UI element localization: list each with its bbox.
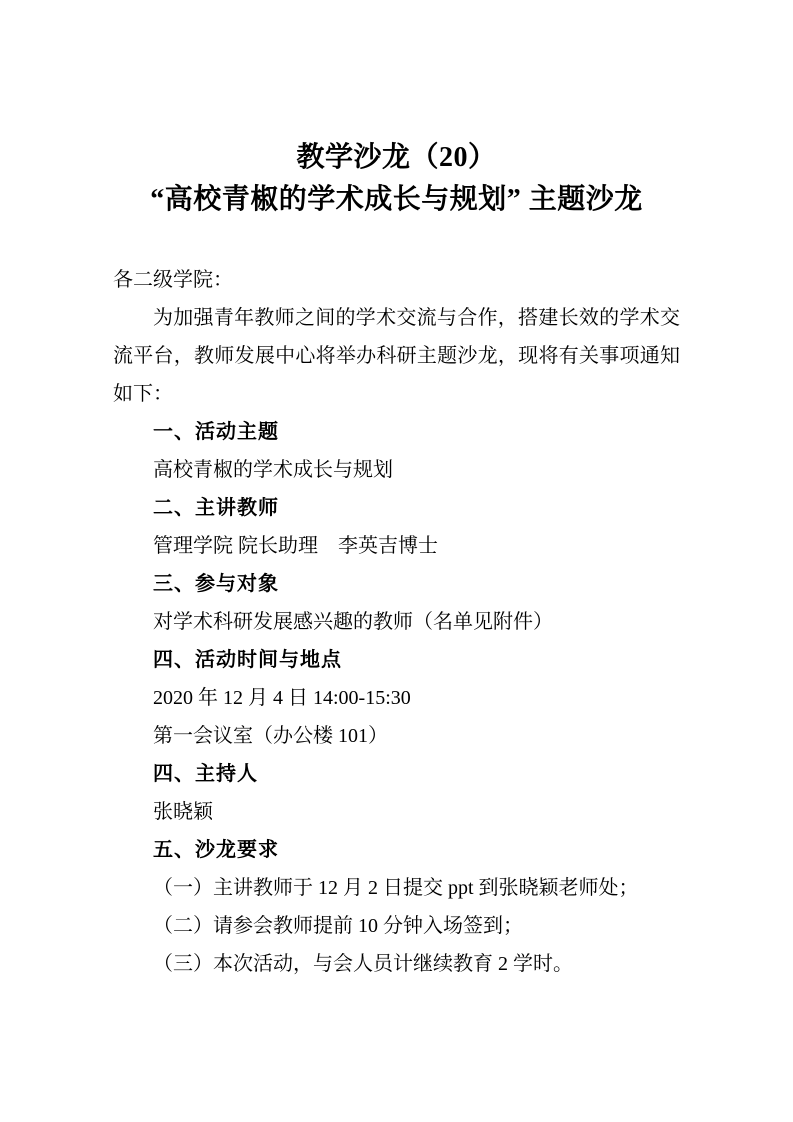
section-heading-activity-theme: 一、活动主题 (153, 413, 680, 451)
salutation: 各二级学院： (113, 261, 680, 299)
requirement-item-1: （一）主讲教师于 12 月 2 日提交 ppt 到张晓颖老师处； (153, 869, 680, 907)
section-text-host: 张晓颖 (153, 793, 680, 831)
section-text-activity-theme: 高校青椒的学术成长与规划 (153, 451, 680, 489)
section-text-location: 第一会议室（办公楼 101） (153, 717, 680, 755)
section-heading-time-place: 四、活动时间与地点 (153, 641, 680, 679)
requirement-item-2: （二）请参会教师提前 10 分钟入场签到； (153, 907, 680, 945)
document-title-block: 教学沙龙（20） “高校青椒的学术成长与规划” 主题沙龙 (113, 137, 680, 221)
section-text-speaker: 管理学院 院长助理 李英吉博士 (153, 527, 680, 565)
document-page: 教学沙龙（20） “高校青椒的学术成长与规划” 主题沙龙 各二级学院： 为加强青… (0, 0, 793, 1122)
document-title: 教学沙龙（20） (113, 137, 680, 179)
section-text-participants: 对学术科研发展感兴趣的教师（名单见附件） (153, 603, 680, 641)
document-subtitle: “高校青椒的学术成长与规划” 主题沙龙 (113, 179, 680, 221)
requirement-item-3: （三）本次活动，与会人员计继续教育 2 学时。 (153, 945, 680, 983)
document-body: 各二级学院： 为加强青年教师之间的学术交流与合作，搭建长效的学术交流平台，教师发… (113, 261, 680, 983)
document-content: 教学沙龙（20） “高校青椒的学术成长与规划” 主题沙龙 各二级学院： 为加强青… (0, 0, 793, 983)
section-text-datetime: 2020 年 12 月 4 日 14:00-15:30 (153, 679, 680, 717)
intro-paragraph: 为加强青年教师之间的学术交流与合作，搭建长效的学术交流平台，教师发展中心将举办科… (113, 299, 680, 413)
section-heading-participants: 三、参与对象 (153, 565, 680, 603)
section-heading-speaker: 二、主讲教师 (153, 489, 680, 527)
section-heading-requirements: 五、沙龙要求 (153, 831, 680, 869)
section-heading-host: 四、主持人 (153, 755, 680, 793)
